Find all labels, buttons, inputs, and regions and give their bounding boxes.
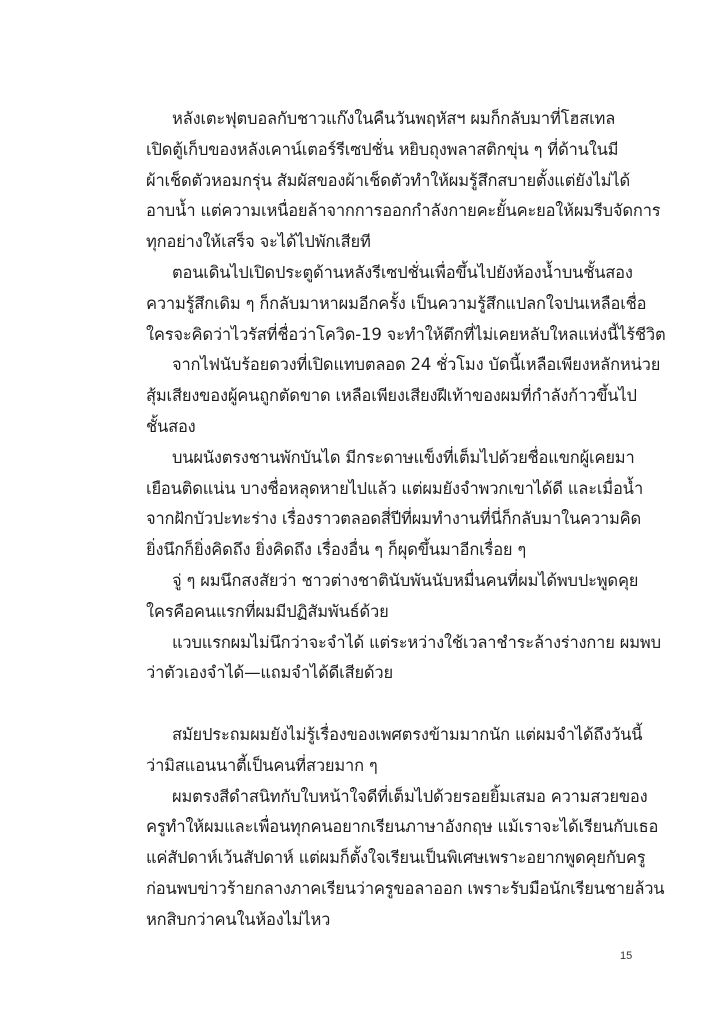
text-line: ทุกอย่างให้เสร็จ จะได้ไปพักเสียที (146, 227, 636, 258)
section-break (146, 689, 636, 720)
text-line: ผ้าเช็ดตัวหอมกรุ่น สัมผัสของผ้าเช็ดตัวทำ… (146, 166, 636, 197)
text-line: จากฝักบัวปะทะร่าง เรื่องราวตลอดสี่ปีที่ผ… (146, 504, 636, 535)
text-line: บนผนังตรงชานพักบันได มีกระดาษแข็งที่เต็ม… (146, 443, 636, 474)
text-line: ครูทำให้ผมและเพื่อนทุกคนอยากเรียนภาษาอัง… (146, 812, 636, 843)
text-line: หกสิบกว่าคนในห้องไม่ไหว (146, 905, 636, 936)
text-line: เยือนติดแน่น บางชื่อหลุดหายไปแล้ว แต่ผมย… (146, 474, 636, 505)
text-line: หลังเตะฟุตบอลกับชาวแก๊งในคืนวันพฤหัสฯ ผม… (146, 104, 636, 135)
text-line: สมัยประถมผมยังไม่รู้เรื่องของเพศตรงข้ามม… (146, 720, 636, 751)
text-line: ว่าตัวเองจำได้—แถมจำได้ดีเสียด้วย (146, 658, 636, 689)
text-line: สุ้มเสียงของผู้คนถูกตัดขาด เหลือเพียงเสี… (146, 381, 636, 412)
page-number: 15 (620, 950, 632, 962)
body-text: หลังเตะฟุตบอลกับชาวแก๊งในคืนวันพฤหัสฯ ผม… (146, 104, 636, 936)
text-line: เปิดตู้เก็บของหลังเคาน์เตอร์รีเซปชั่น หย… (146, 135, 636, 166)
text-line: จากไฟนับร้อยดวงที่เปิดแทบตลอด 24 ชั่วโมง… (146, 350, 636, 381)
text-line: ใครคือคนแรกที่ผมมีปฏิสัมพันธ์ด้วย (146, 597, 636, 628)
text-line: ความรู้สึกเดิม ๆ ก็กลับมาหาผมอีกครั้ง เป… (146, 289, 636, 320)
text-line: ว่ามิสแอนนาตี้เป็นคนที่สวยมาก ๆ (146, 751, 636, 782)
text-line: ยิ่งนึกก็ยิ่งคิดถึง ยิ่งคิดถึง เรื่องอื่… (146, 535, 636, 566)
text-line: ตอนเดินไปเปิดประตูด้านหลังรีเซปชั่นเพื่อ… (146, 258, 636, 289)
text-line: อาบน้ำ แต่ความเหนื่อยล้าจากการออกกำลังกา… (146, 196, 636, 227)
text-line: ใครจะคิดว่าไวรัสที่ชื่อว่าโควิด-19 จะทำใ… (146, 320, 636, 351)
text-line: ก่อนพบข่าวร้ายกลางภาคเรียนว่าครูขอลาออก … (146, 874, 636, 905)
text-line: แค่สัปดาห์เว้นสัปดาห์ แต่ผมก็ตั้งใจเรียน… (146, 843, 636, 874)
document-page: หลังเตะฟุตบอลกับชาวแก๊งในคืนวันพฤหัสฯ ผม… (0, 0, 707, 1024)
text-line: ชั้นสอง (146, 412, 636, 443)
text-line: จู่ ๆ ผมนึกสงสัยว่า ชาวต่างชาตินับพันนับ… (146, 566, 636, 597)
text-line: แวบแรกผมไม่นึกว่าจะจำได้ แต่ระหว่างใช้เว… (146, 628, 636, 659)
text-line: ผมตรงสีดำสนิทกับใบหน้าใจดีที่เต็มไปด้วยร… (146, 782, 636, 813)
